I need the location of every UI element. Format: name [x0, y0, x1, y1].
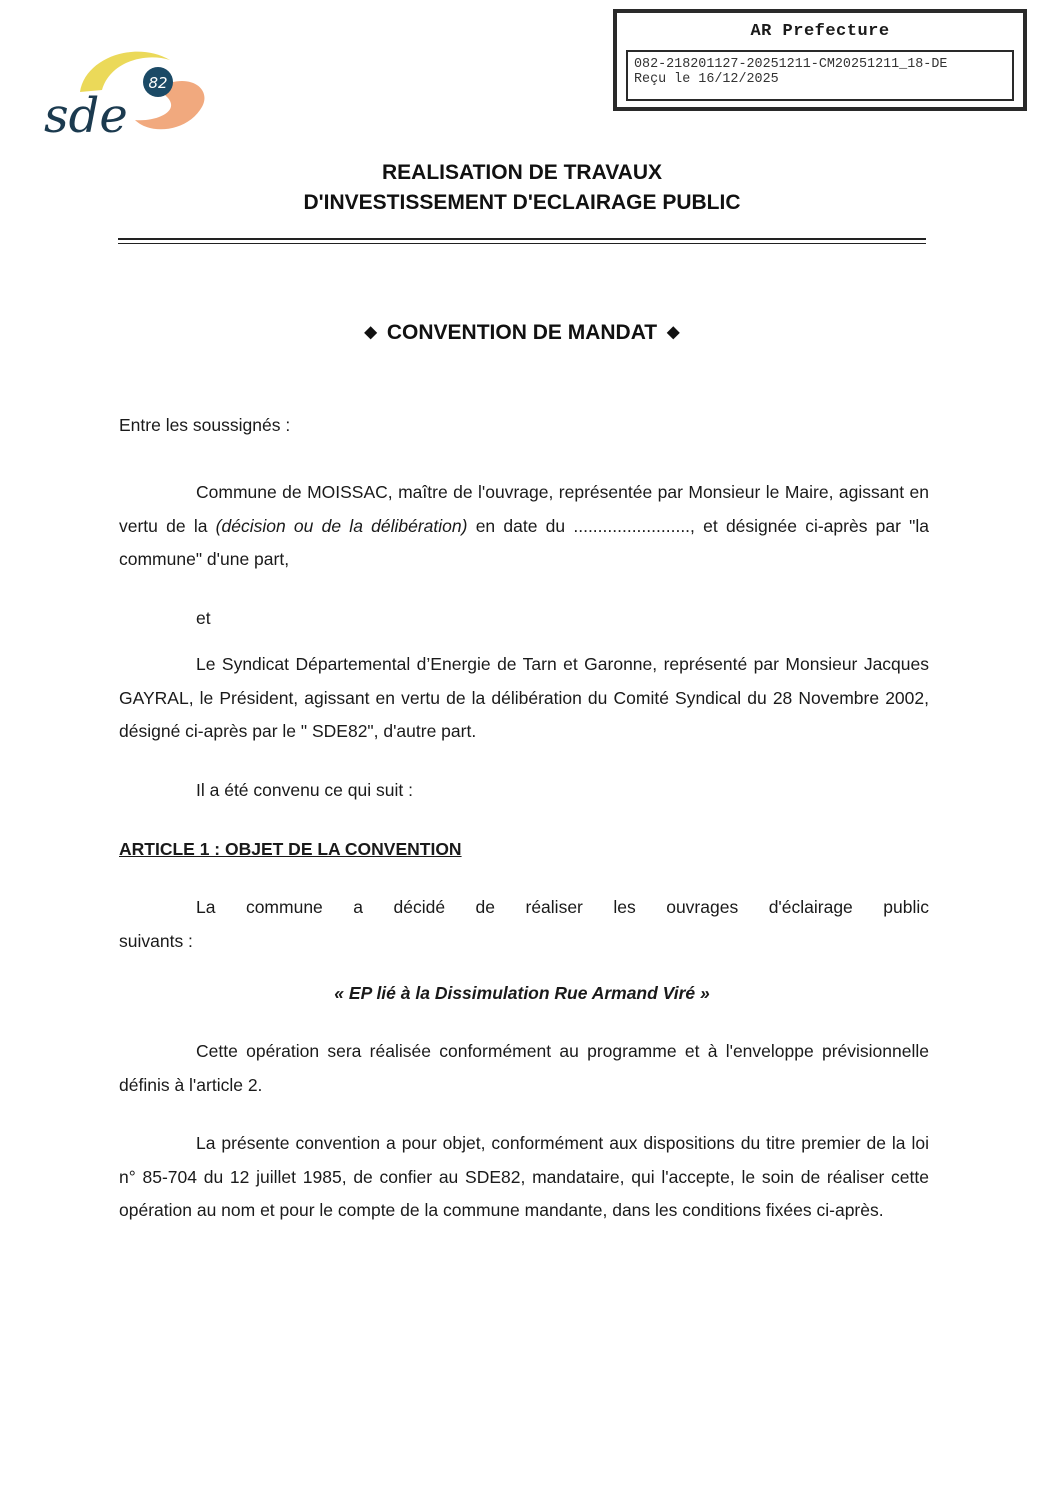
- article1-p3: La présente convention a pour objet, con…: [119, 1127, 929, 1228]
- diamond-bullet-icon: ◆: [667, 324, 679, 341]
- article1-p1-line2: suivants :: [119, 925, 929, 959]
- stamp-received-date: Reçu le 16/12/2025: [634, 72, 1006, 87]
- diamond-bullet-icon: ◆: [365, 324, 377, 341]
- prefecture-stamp: AR Prefecture 082-218201127-20251211-CM2…: [613, 9, 1027, 111]
- article1-p1-line1: La commune a décidé de réaliser les ouvr…: [119, 891, 929, 925]
- document-title: REALISATION DE TRAVAUX D'INVESTISSEMENT …: [118, 158, 926, 218]
- project-name: « EP lié à la Dissimulation Rue Armand V…: [118, 979, 926, 1007]
- article1-heading: ARTICLE 1 : OBJET DE LA CONVENTION: [119, 835, 462, 863]
- title-divider: [118, 238, 926, 244]
- agreed-text: Il a été convenu ce qui suit :: [196, 774, 413, 808]
- party-commune: Commune de MOISSAC, maître de l'ouvrage,…: [119, 476, 929, 577]
- sde82-logo: 82 sde: [40, 40, 215, 140]
- and-text: et: [196, 602, 211, 636]
- stamp-details: 082-218201127-20251211-CM20251211_18-DE …: [626, 50, 1014, 101]
- svg-text:82: 82: [148, 74, 167, 92]
- stamp-title: AR Prefecture: [617, 22, 1023, 41]
- article1-p2: Cette opération sera réalisée conforméme…: [119, 1035, 929, 1102]
- svg-text:sde: sde: [44, 88, 128, 140]
- stamp-reference: 082-218201127-20251211-CM20251211_18-DE: [634, 57, 1006, 72]
- party-sde82: Le Syndicat Départemental d’Energie de T…: [119, 648, 929, 749]
- intro-text: Entre les soussignés :: [119, 409, 929, 443]
- convention-title: ◆CONVENTION DE MANDAT◆: [118, 318, 926, 348]
